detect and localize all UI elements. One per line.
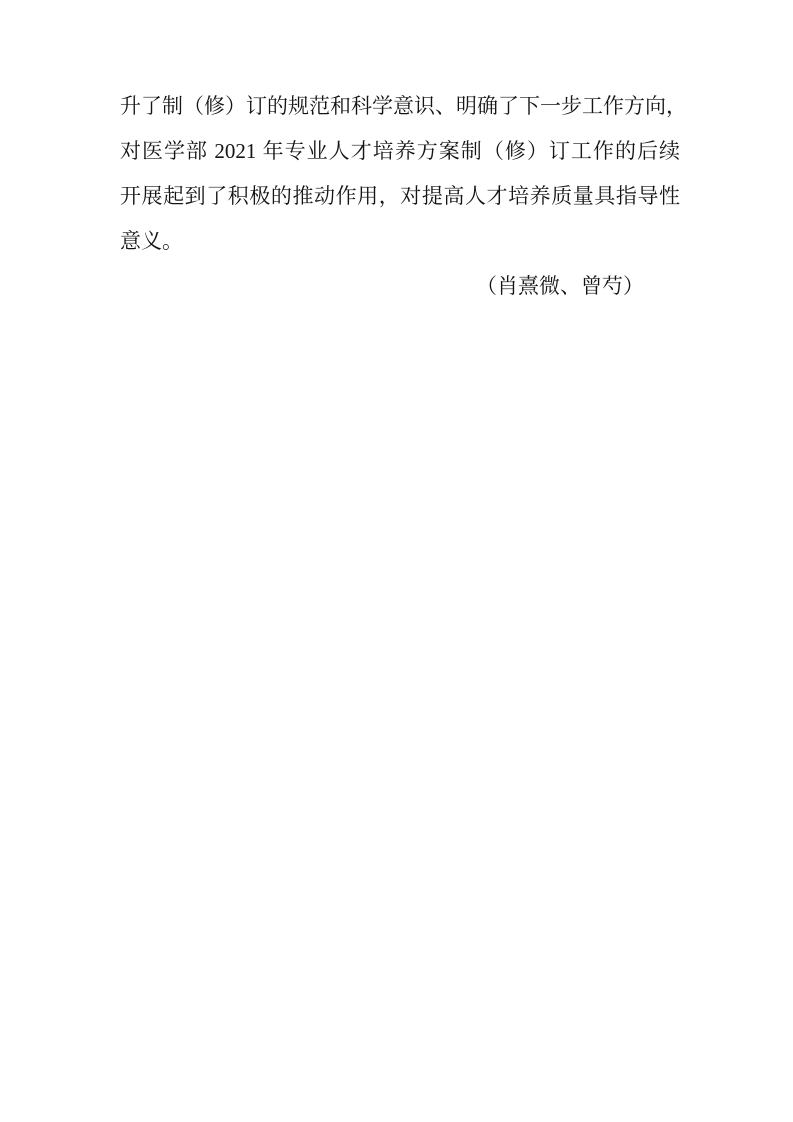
body-text-line-2: 对医学部 2021 年专业人才培养方案制（修）订工作的后续 xyxy=(120,129,680,174)
body-text-line-4: 意义。 xyxy=(120,219,680,264)
body-text-line-1: 升了制（修）订的规范和科学意识、明确了下一步工作方向， xyxy=(120,84,680,129)
attribution: （肖熹微、曾芍） xyxy=(120,264,680,309)
document-text-block: 升了制（修）订的规范和科学意识、明确了下一步工作方向， 对医学部 2021 年专… xyxy=(120,84,680,309)
body-text-line-3: 开展起到了积极的推动作用，对提高人才培养质量具指导性 xyxy=(120,174,680,219)
document-page: 升了制（修）订的规范和科学意识、明确了下一步工作方向， 对医学部 2021 年专… xyxy=(0,0,793,1122)
